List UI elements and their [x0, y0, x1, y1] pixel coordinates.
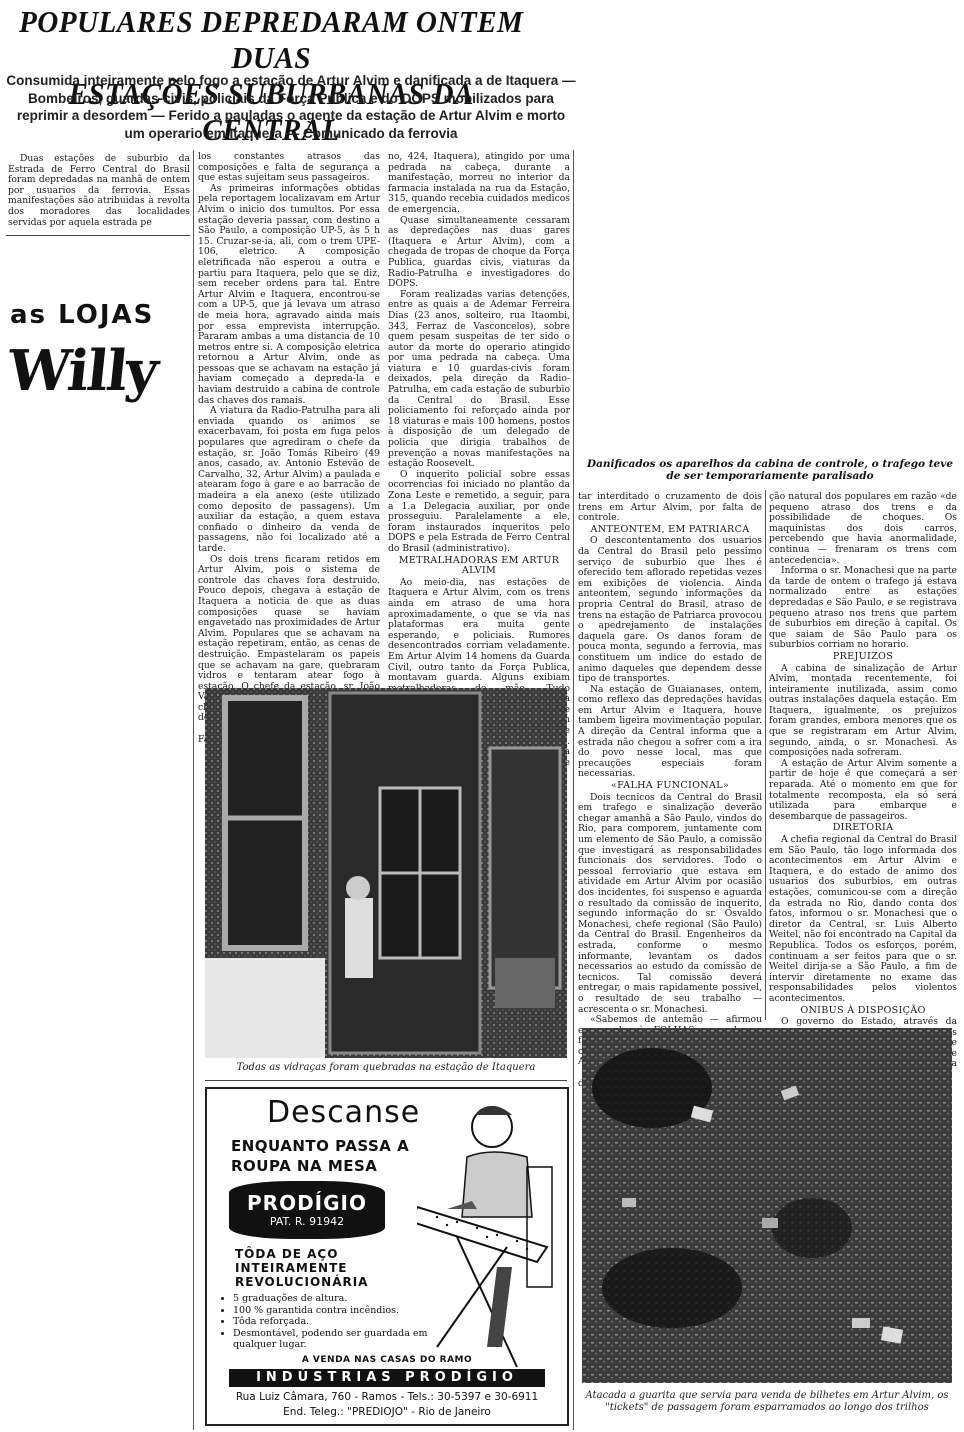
paragraph: no, 424, Itaquera), atingido por uma ped…	[388, 152, 570, 216]
column-rule	[193, 150, 194, 1430]
subhead-prejuizos: PREJUIZOS	[769, 652, 957, 663]
paragraph: A viatura da Radio-Patrulha para ali env…	[198, 406, 380, 554]
divider	[205, 1080, 567, 1081]
subhead-patriarca: ANTEONTEM, EM PATRIARCA	[578, 525, 762, 536]
paragraph: los constantes atrasos das composições e…	[198, 152, 380, 184]
article-column-4: tar interditado o cruzamento de dois tre…	[578, 492, 762, 1089]
steel-line-1: TÔDA DE AÇO	[235, 1247, 368, 1261]
secondary-headline: Danificados os aparelhos da cabina de co…	[580, 458, 960, 482]
ad-subtitle-2: ROUPA NA MESA	[231, 1157, 377, 1175]
ad-address: Rua Luiz Câmara, 760 - Ramos - Tels.: 30…	[207, 1391, 567, 1403]
prodigio-brand-box: PRODÍGIO PAT. R. 91942	[229, 1181, 385, 1239]
woman-ironing-illustration-icon	[417, 1097, 557, 1387]
photo-scattered-tickets-icon	[582, 1028, 952, 1383]
subhead-falha-funcional: «FALHA FUNCIONAL»	[578, 781, 762, 792]
paragraph: tar interditado o cruzamento de dois tre…	[578, 492, 762, 524]
ad-telegraph: End. Teleg.: "PREDIOJO" - Rio de Janeiro	[207, 1406, 567, 1418]
paragraph: As primeiras informações obtidas pela re…	[198, 184, 380, 406]
subhead-diretoria: DIRETORIA	[769, 823, 957, 834]
paragraph: Quase simultaneamente cessaram as depred…	[388, 216, 570, 290]
paragraph: A chefia regional da Central do Brasil e…	[769, 835, 957, 1005]
feature-item: Tôda reforçada.	[233, 1316, 433, 1328]
ad-feature-list: 5 graduações de altura. 100 % garantida …	[221, 1293, 433, 1351]
steel-line-2: INTEIRAMENTE	[235, 1261, 368, 1275]
prodigio-ad: Descanse ENQUANTO PASSA A ROUPA NA MESA …	[205, 1087, 569, 1426]
subhead-onibus: ONIBUS À DISPOSIÇÃO	[769, 1006, 957, 1017]
headline-line-1: POPULARES DEPREDARAM ONTEM DUAS	[8, 4, 534, 76]
feature-item: 100 % garantida contra incêndios.	[233, 1305, 433, 1317]
paragraph: O descontentamento dos usuarios da Centr…	[578, 536, 762, 684]
ad-title: Descanse	[267, 1095, 420, 1130]
column-rule	[573, 150, 574, 1430]
column-rule	[765, 490, 766, 1020]
photo-2-caption: Atacada a guarita que servia para venda …	[582, 1390, 952, 1414]
photo-1-caption: Todas as vidraças foram quebradas na est…	[205, 1062, 567, 1074]
article-column-2: los constantes atrasos das composições e…	[198, 152, 380, 745]
lojas-willy-ad-line1: as LOJAS	[10, 300, 154, 330]
article-column-3: no, 424, Itaquera), atingido por uma ped…	[388, 152, 570, 779]
article-column-5: ção natural dos populares em razão «de p…	[769, 492, 957, 1081]
photo-itaquera-station	[205, 688, 567, 1058]
paragraph: Informa o sr. Monachesi que na parte da …	[769, 566, 957, 651]
lojas-willy-logo: Willy	[5, 338, 160, 404]
company-banner: INDÚSTRIAS PRODÍGIO	[229, 1369, 545, 1387]
paragraph: Foram realizadas varias detenções, entre…	[388, 290, 570, 470]
subheadline-deck: Consumida inteiramente pelo fogo a estaç…	[6, 72, 576, 142]
photo-broken-windows-icon	[205, 688, 567, 1058]
feature-item: 5 graduações de altura.	[233, 1293, 433, 1305]
subhead-metralhadoras: METRALHADORAS EM ARTUR ALVIM	[388, 556, 570, 577]
ad-subtitle-1: ENQUANTO PASSA A	[231, 1137, 409, 1155]
lead-text: Duas estações de suburbio da Estrada de …	[8, 154, 190, 228]
feature-item: Desmontável, podendo ser guardada em qua…	[233, 1328, 433, 1351]
paragraph: A estação de Artur Alvim somente a parti…	[769, 759, 957, 823]
lead-paragraph: Duas estações de suburbio da Estrada de …	[8, 154, 190, 228]
patent-number: PAT. R. 91942	[229, 1215, 385, 1228]
paragraph: Na estação de Guaianases, ontem, como re…	[578, 685, 762, 780]
paragraph: A cabina de sinalização de Artur Alvim, …	[769, 664, 957, 759]
paragraph: ção natural dos populares em razão «de p…	[769, 492, 957, 566]
ad-feature-heading: TÔDA DE AÇO INTEIRAMENTE REVOLUCIONÁRIA	[235, 1247, 368, 1289]
paragraph: Dois tecnicos da Central do Brasil em tr…	[578, 793, 762, 1015]
photo-ticket-booth	[582, 1028, 952, 1383]
column-divider	[6, 235, 190, 236]
steel-line-3: REVOLUCIONÁRIA	[235, 1275, 368, 1289]
paragraph: O inquerito policial sobre essas ocorren…	[388, 470, 570, 555]
brand-name: PRODÍGIO	[229, 1181, 385, 1215]
ad-sales-note: A VENDA NAS CASAS DO RAMO	[207, 1355, 567, 1365]
